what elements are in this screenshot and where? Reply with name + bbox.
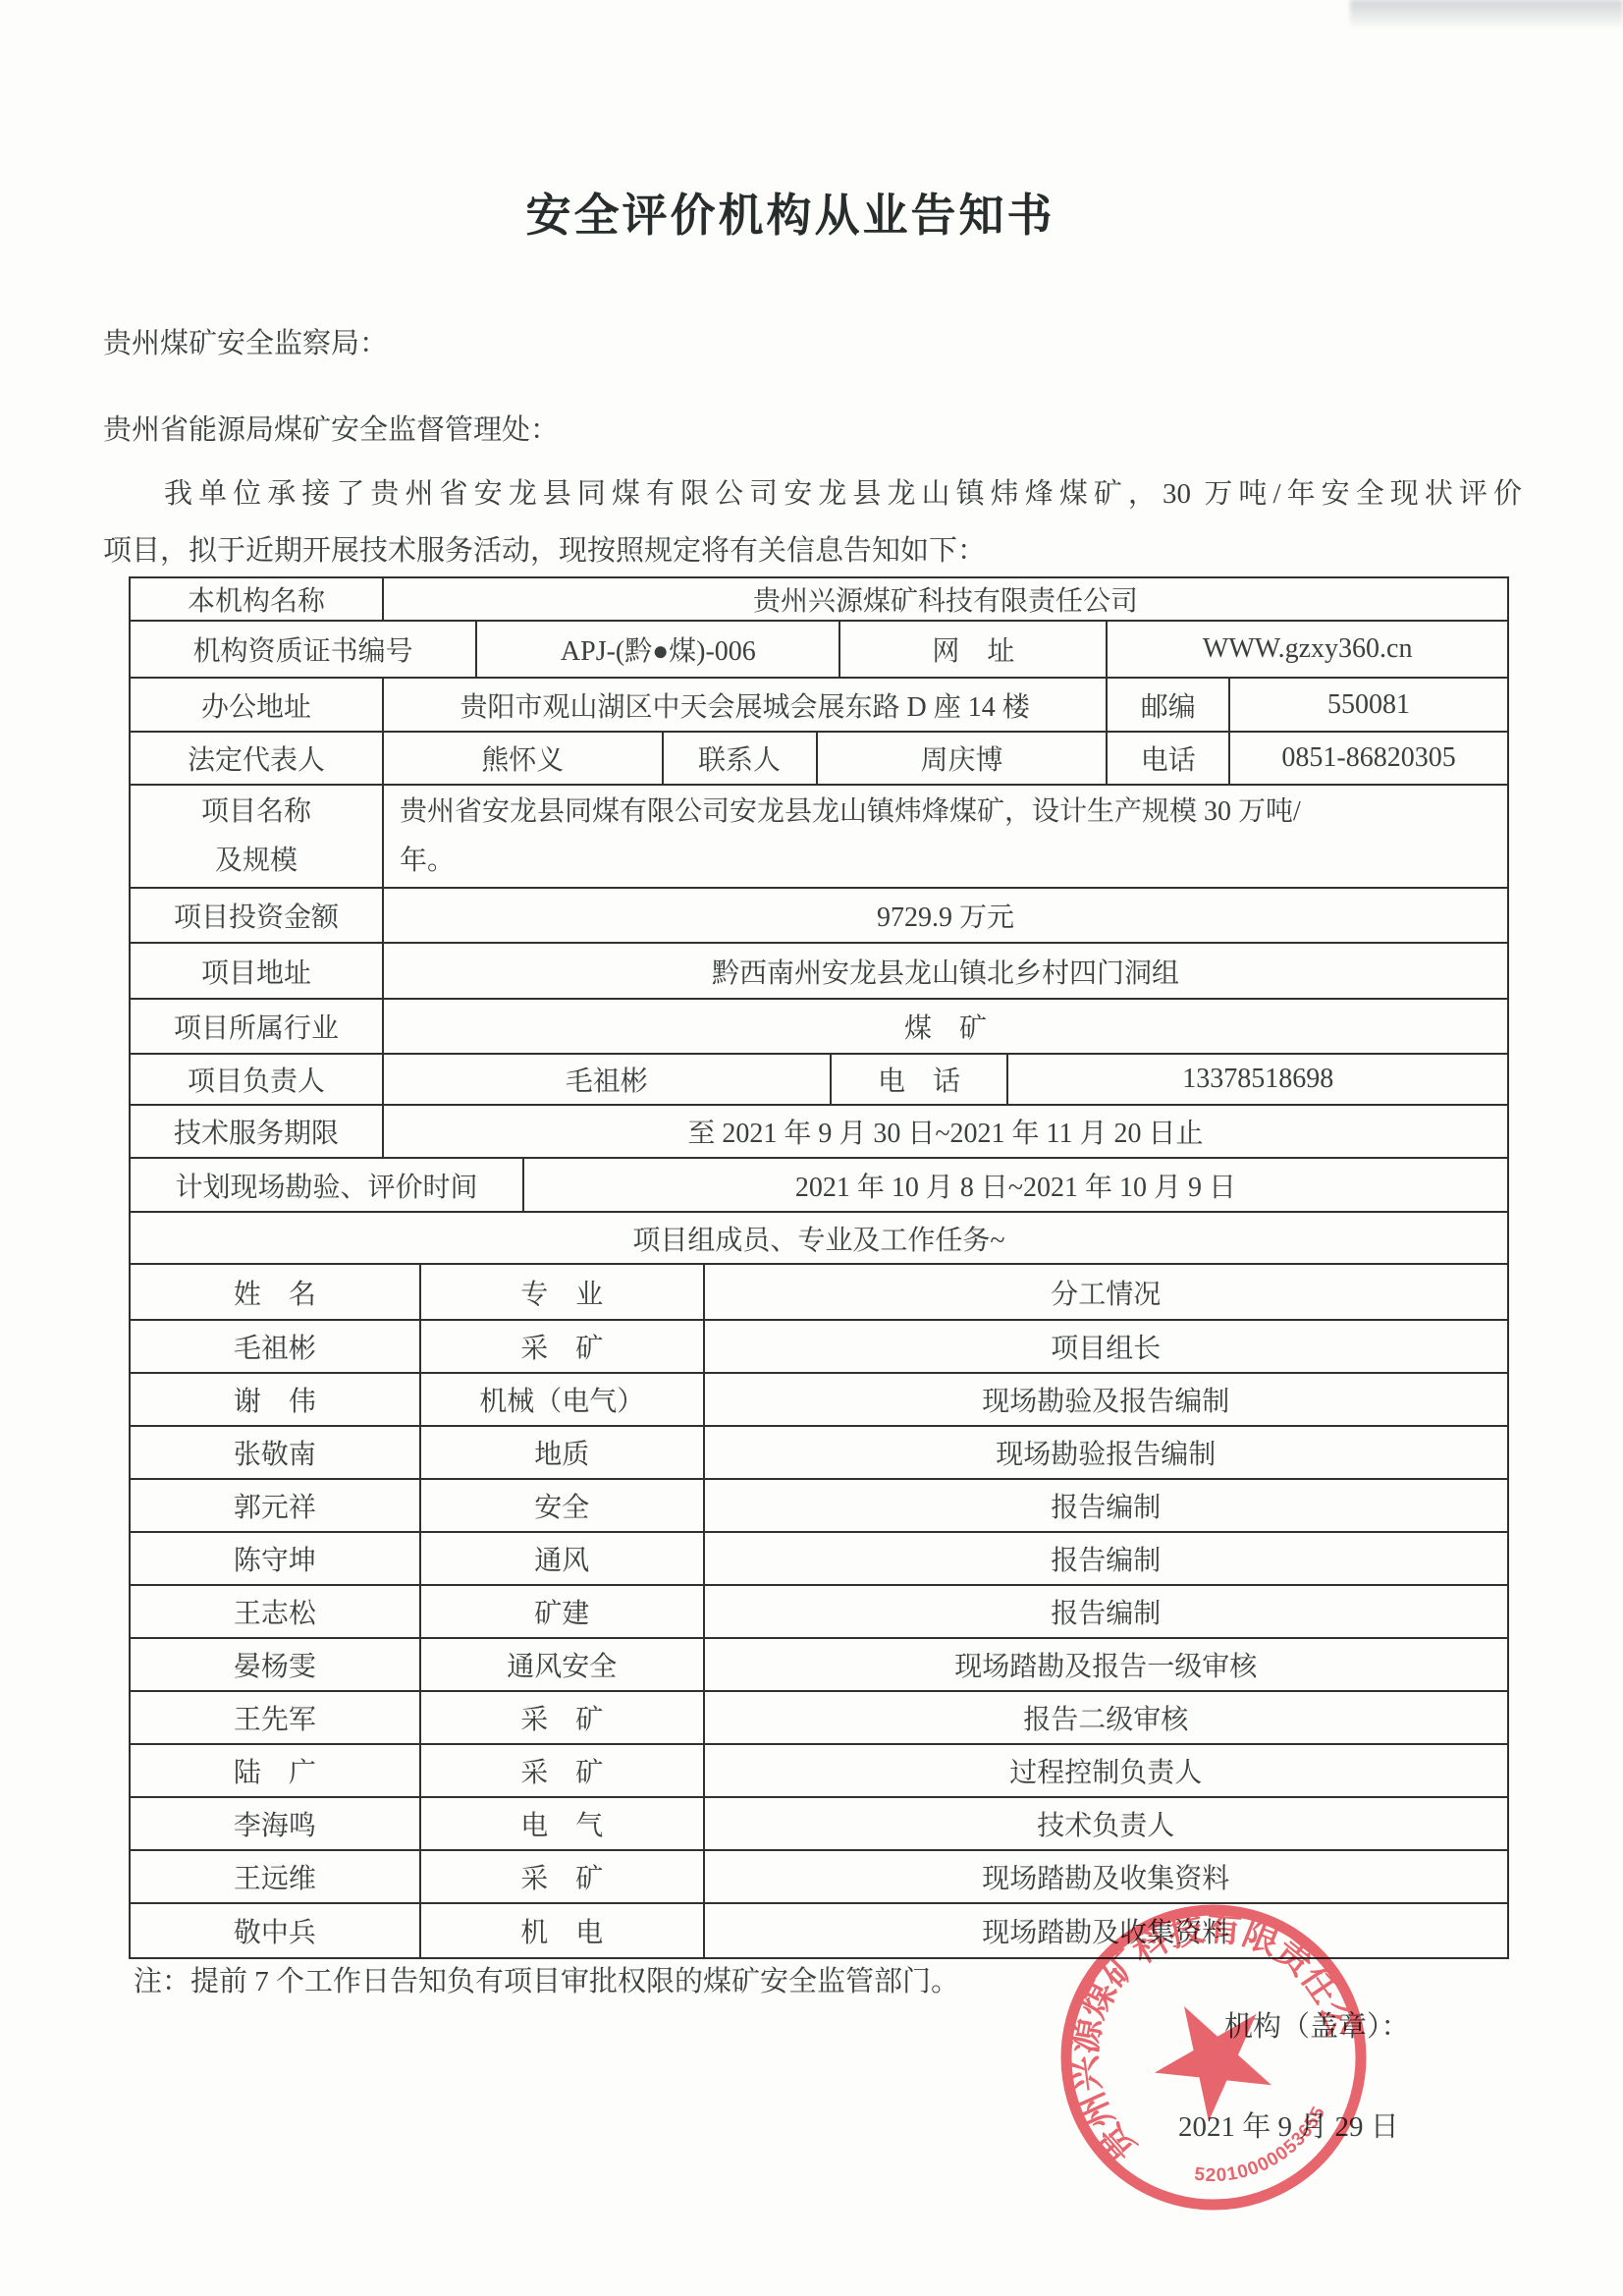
members-section-title: 项目组成员、专业及工作任务~ xyxy=(131,1213,1507,1263)
member-name: 王远维 xyxy=(131,1851,421,1902)
table-row: 计划现场勘验、评价时间 2021 年 10 月 8 日~2021 年 10 月 … xyxy=(131,1159,1507,1213)
industry-value: 煤 矿 xyxy=(384,1000,1507,1053)
member-name: 张敬南 xyxy=(131,1427,421,1478)
table-row: 项目组成员、专业及工作任务~ xyxy=(131,1213,1507,1265)
member-row: 陈守坤 通风 报告编制 xyxy=(131,1533,1507,1586)
member-duty: 现场勘验及报告编制 xyxy=(705,1374,1507,1425)
table-row: 项目负责人 毛祖彬 电 话 13378518698 xyxy=(131,1055,1507,1106)
legal-rep-label: 法定代表人 xyxy=(131,733,384,784)
member-major: 通风 xyxy=(421,1533,705,1584)
scanned-document-page: { "page": { "title": "安全评价机构从业告知书" }, "i… xyxy=(0,0,1623,2296)
table-row: 项目所属行业 煤 矿 xyxy=(131,1000,1507,1055)
member-row: 谢 伟 机械（电气） 现场勘验及报告编制 xyxy=(131,1374,1507,1427)
contact-label: 联系人 xyxy=(664,733,818,784)
service-period-value: 至 2021 年 9 月 30 日~2021 年 11 月 20 日止 xyxy=(384,1106,1507,1157)
project-address-label: 项目地址 xyxy=(131,944,384,998)
member-name: 陈守坤 xyxy=(131,1533,421,1584)
member-major: 矿建 xyxy=(421,1586,705,1637)
notification-info-table: 本机构名称 贵州兴源煤矿科技有限责任公司 机构资质证书编号 APJ-(黔●煤)-… xyxy=(129,576,1509,1959)
table-row: 办公地址 贵阳市观山湖区中天会展城会展东路 D 座 14 楼 邮编 550081 xyxy=(131,679,1507,733)
member-row: 王志松 矿建 报告编制 xyxy=(131,1586,1507,1639)
project-name-label: 项目名称 及规模 xyxy=(131,786,384,887)
member-name: 谢 伟 xyxy=(131,1374,421,1425)
industry-label: 项目所属行业 xyxy=(131,1000,384,1053)
contact-value: 周庆博 xyxy=(818,733,1109,784)
addressee-line-2: 贵州省能源局煤矿安全监督管理处： xyxy=(103,410,559,450)
members-header-major: 专 业 xyxy=(421,1265,705,1319)
member-name: 陆 广 xyxy=(131,1745,421,1796)
investment-label: 项目投资金额 xyxy=(131,889,384,942)
footnote: 注：提前 7 个工作日告知负有项目审批权限的煤矿安全监管部门。 xyxy=(134,1962,959,2001)
member-major: 采 矿 xyxy=(421,1692,705,1743)
member-duty: 报告编制 xyxy=(705,1586,1507,1637)
member-name: 毛祖彬 xyxy=(131,1321,421,1372)
investment-value: 9729.9 万元 xyxy=(384,889,1507,942)
member-major: 安全 xyxy=(421,1480,705,1531)
table-row: 项目名称 及规模 贵州省安龙县同煤有限公司安龙县龙山镇炜烽煤矿，设计生产规模 3… xyxy=(131,786,1507,889)
table-row: 本机构名称 贵州兴源煤矿科技有限责任公司 xyxy=(131,578,1507,622)
zip-label: 邮编 xyxy=(1108,679,1230,731)
member-row: 王先军 采 矿 报告二级审核 xyxy=(131,1692,1507,1745)
member-name: 郭元祥 xyxy=(131,1480,421,1531)
org-name-value: 贵州兴源煤矿科技有限责任公司 xyxy=(384,578,1507,620)
member-row: 陆 广 采 矿 过程控制负责人 xyxy=(131,1745,1507,1798)
member-duty: 项目组长 xyxy=(705,1321,1507,1372)
addressee-line-1: 贵州煤矿安全监察局： xyxy=(103,324,388,363)
tel-label: 电话 xyxy=(1108,733,1230,784)
intro-paragraph-line-1: 我单位承接了贵州省安龙县同煤有限公司安龙县龙山镇炜烽煤矿，30 万吨/年安全现状… xyxy=(103,474,1522,514)
survey-time-value: 2021 年 10 月 8 日~2021 年 10 月 9 日 xyxy=(524,1159,1507,1211)
scan-smudge-artifact xyxy=(1350,0,1623,29)
project-address-value: 黔西南州安龙县龙山镇北乡村四门洞组 xyxy=(384,944,1507,998)
office-address-value: 贵阳市观山湖区中天会展城会展东路 D 座 14 楼 xyxy=(384,679,1108,731)
leader-tel-label: 电 话 xyxy=(832,1055,1009,1104)
member-name: 敬中兵 xyxy=(131,1904,421,1957)
member-duty: 技术负责人 xyxy=(705,1798,1507,1849)
project-leader-label: 项目负责人 xyxy=(131,1055,384,1104)
member-major: 机械（电气） xyxy=(421,1374,705,1425)
leader-tel-value: 13378518698 xyxy=(1008,1055,1507,1104)
member-major: 机 电 xyxy=(421,1904,705,1957)
table-row: 法定代表人 熊怀义 联系人 周庆博 电话 0851-86820305 xyxy=(131,733,1507,786)
survey-time-label: 计划现场勘验、评价时间 xyxy=(131,1159,524,1211)
member-duty: 报告编制 xyxy=(705,1480,1507,1531)
project-leader-value: 毛祖彬 xyxy=(384,1055,832,1104)
member-row: 毛祖彬 采 矿 项目组长 xyxy=(131,1321,1507,1374)
seal-star-icon xyxy=(1133,1977,1291,2133)
project-name-label-line1: 项目名称 xyxy=(201,788,311,837)
member-duty: 现场勘验报告编制 xyxy=(705,1427,1507,1478)
table-row: 技术服务期限 至 2021 年 9 月 30 日~2021 年 11 月 20 … xyxy=(131,1106,1507,1159)
member-row: 张敬南 地质 现场勘验报告编制 xyxy=(131,1427,1507,1480)
member-row: 李海鸣 电 气 技术负责人 xyxy=(131,1798,1507,1851)
members-header-duty: 分工情况 xyxy=(705,1265,1507,1319)
org-name-label: 本机构名称 xyxy=(131,578,384,620)
member-duty: 报告二级审核 xyxy=(705,1692,1507,1743)
member-major: 采 矿 xyxy=(421,1745,705,1796)
website-label: 网 址 xyxy=(840,622,1108,677)
member-duty: 过程控制负责人 xyxy=(705,1745,1507,1796)
member-duty: 现场踏勘及报告一级审核 xyxy=(705,1639,1507,1690)
member-name: 王志松 xyxy=(131,1586,421,1637)
member-major: 采 矿 xyxy=(421,1321,705,1372)
service-period-label: 技术服务期限 xyxy=(131,1106,384,1157)
project-name-label-line2: 及规模 xyxy=(215,837,298,886)
member-major: 采 矿 xyxy=(421,1851,705,1902)
table-row: 项目地址 黔西南州安龙县龙山镇北乡村四门洞组 xyxy=(131,944,1507,1000)
members-header-name: 姓 名 xyxy=(131,1265,421,1319)
table-header-row: 姓 名 专 业 分工情况 xyxy=(131,1265,1507,1321)
member-major: 电 气 xyxy=(421,1798,705,1849)
member-duty: 报告编制 xyxy=(705,1533,1507,1584)
project-desc-value: 贵州省安龙县同煤有限公司安龙县龙山镇炜烽煤矿，设计生产规模 30 万吨/ 年。 xyxy=(384,786,1507,887)
cert-label: 机构资质证书编号 xyxy=(131,622,477,677)
tel-value: 0851-86820305 xyxy=(1230,733,1507,784)
cert-no-value: APJ-(黔●煤)-006 xyxy=(477,622,840,677)
member-name: 晏杨雯 xyxy=(131,1639,421,1690)
member-name: 李海鸣 xyxy=(131,1798,421,1849)
legal-rep-value: 熊怀义 xyxy=(384,733,664,784)
intro-paragraph-line-2: 项目，拟于近期开展技术服务活动，现按照规定将有关信息告知如下： xyxy=(103,531,986,571)
member-row: 晏杨雯 通风安全 现场踏勘及报告一级审核 xyxy=(131,1639,1507,1692)
page-title: 安全评价机构从业告知书 xyxy=(0,180,1581,245)
member-name: 王先军 xyxy=(131,1692,421,1743)
table-row: 项目投资金额 9729.9 万元 xyxy=(131,889,1507,944)
member-major: 地质 xyxy=(421,1427,705,1478)
office-address-label: 办公地址 xyxy=(131,679,384,731)
company-seal-stamp: 贵州兴源煤矿科技有限责任公司 52010000053655 xyxy=(1044,1887,1383,2227)
zip-value: 550081 xyxy=(1230,679,1507,731)
member-row: 郭元祥 安全 报告编制 xyxy=(131,1480,1507,1533)
member-major: 通风安全 xyxy=(421,1639,705,1690)
table-row: 机构资质证书编号 APJ-(黔●煤)-006 网 址 WWW.gzxy360.c… xyxy=(131,622,1507,679)
website-value: WWW.gzxy360.cn xyxy=(1108,622,1507,677)
